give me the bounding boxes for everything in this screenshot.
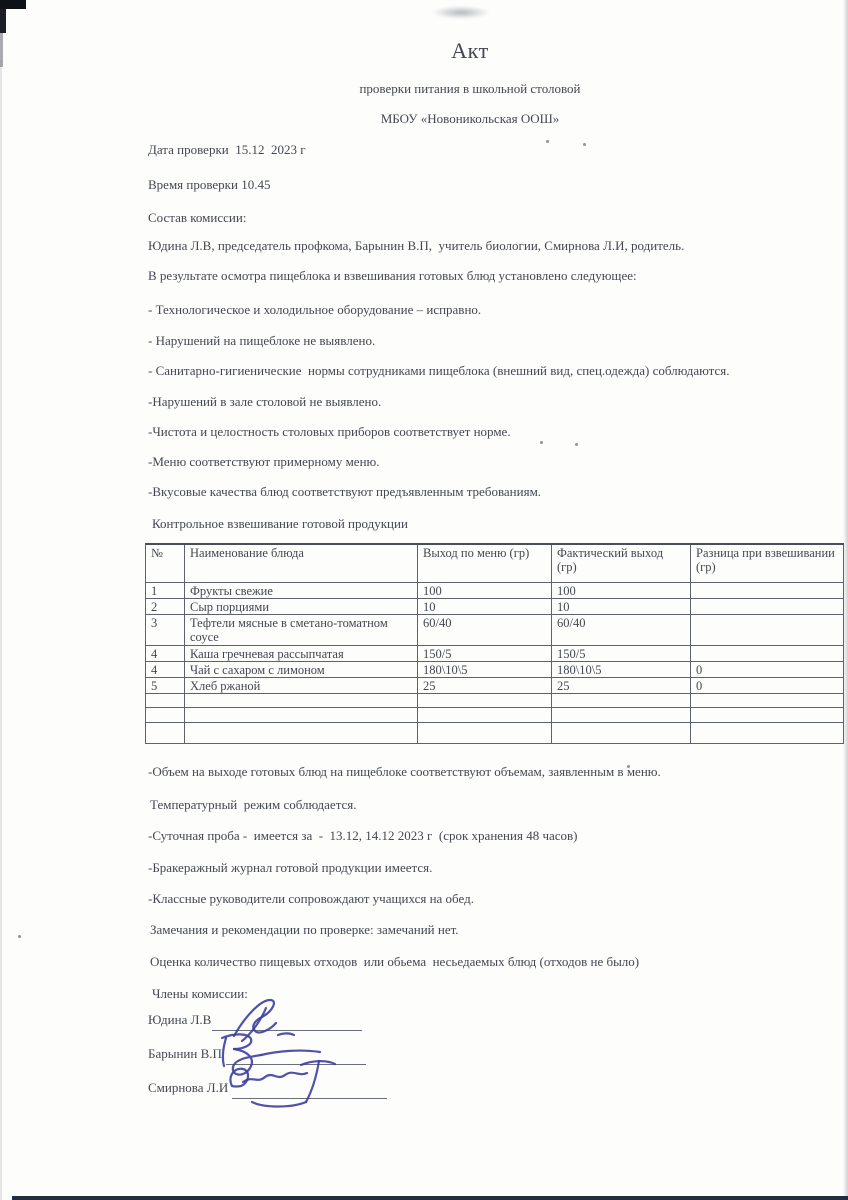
- cell-dish: Чай с сахаром с лимоном: [185, 661, 418, 677]
- document-subtitle: проверки питания в школьной столовой: [92, 81, 848, 97]
- cell-menu-output: 150/5: [418, 645, 552, 661]
- finding-line: - Технологическое и холодильное оборудов…: [148, 302, 838, 318]
- cell-actual-output: 25: [552, 677, 691, 693]
- signature-smirnova: [222, 1058, 352, 1108]
- inspection-date-line: Дата проверки 15.12 2023 г: [148, 142, 808, 158]
- cell-menu-output: 60/40: [418, 614, 552, 645]
- cell-actual-output: 60/40: [552, 614, 691, 645]
- bottom-scan-strip: [12, 1196, 848, 1200]
- inspection-time-line: Время проверки 10.45: [148, 177, 808, 193]
- commission-label: Состав комиссии:: [148, 210, 808, 226]
- cell-difference: [691, 693, 844, 707]
- cell-number: 3: [146, 614, 185, 645]
- table-caption: Контрольное взвешивание готовой продукци…: [152, 516, 752, 532]
- table-row-empty: [146, 693, 844, 707]
- table-row: 2 Сыр порциями 10 10: [146, 598, 844, 614]
- cell-dish: [185, 693, 418, 707]
- cell-actual-output: [552, 722, 691, 743]
- table-row-empty: [146, 722, 844, 743]
- table-header-row: № Наименование блюда Выход по меню (гр) …: [146, 544, 844, 582]
- cell-menu-output: 100: [418, 582, 552, 598]
- scan-artifact-corner: [0, 9, 6, 33]
- cell-actual-output: 10: [552, 598, 691, 614]
- document-organization: МБОУ «Новоникольская ООШ»: [92, 111, 848, 127]
- conclusion-line: -Суточная проба - имеется за - 13.12, 14…: [148, 828, 838, 844]
- table-row-empty: [146, 707, 844, 722]
- finding-line: -Нарушений в зале столовой не выявлено.: [148, 394, 838, 410]
- cell-number: 2: [146, 598, 185, 614]
- cell-difference: [691, 722, 844, 743]
- cell-difference: [691, 598, 844, 614]
- cell-number: 4: [146, 661, 185, 677]
- cell-menu-output: 10: [418, 598, 552, 614]
- scanned-document-page: Акт проверки питания в школьной столовой…: [0, 0, 848, 1200]
- conclusion-line: -Бракеражный журнал готовой продукции им…: [148, 860, 838, 876]
- conclusion-line: -Классные руководители сопровождают учащ…: [148, 891, 838, 907]
- signer-name-yudina: Юдина Л.В: [148, 1012, 211, 1028]
- cell-dish: Фрукты свежие: [185, 582, 418, 598]
- cell-menu-output: 180\10\5: [418, 661, 552, 677]
- cell-menu-output: [418, 693, 552, 707]
- cell-number: 5: [146, 677, 185, 693]
- table-row: 4 Чай с сахаром с лимоном 180\10\5 180\1…: [146, 661, 844, 677]
- cell-actual-output: 180\10\5: [552, 661, 691, 677]
- cell-number: [146, 707, 185, 722]
- cell-menu-output: [418, 707, 552, 722]
- table-row: 3 Тефтели мясные в сметано-томатном соус…: [146, 614, 844, 645]
- scan-speck: [575, 443, 578, 446]
- col-header-number: №: [146, 544, 185, 582]
- finding-line: -Вкусовые качества блюд соответствуют пр…: [148, 484, 838, 500]
- table-row: 4 Каша гречневая рассыпчатая 150/5 150/5: [146, 645, 844, 661]
- cell-difference: [691, 707, 844, 722]
- cell-actual-output: 100: [552, 582, 691, 598]
- cell-difference: [691, 614, 844, 645]
- scan-speck: [540, 441, 543, 444]
- document-title: Акт: [92, 38, 848, 64]
- finding-line: - Нарушений на пищеблоке не выявлено.: [148, 333, 838, 349]
- cell-difference: [691, 582, 844, 598]
- col-header-actual-output: Фактический выход (гр): [552, 544, 691, 582]
- cell-dish: Тефтели мясные в сметано-томатном соусе: [185, 614, 418, 645]
- scan-smudge: [432, 6, 490, 19]
- cell-difference: [691, 645, 844, 661]
- weighing-table: № Наименование блюда Выход по меню (гр) …: [145, 543, 844, 744]
- conclusion-line: Оценка количество пищевых отходов или об…: [150, 954, 840, 970]
- scan-speck: [18, 935, 21, 938]
- cell-menu-output: 25: [418, 677, 552, 693]
- cell-menu-output: [418, 722, 552, 743]
- inspection-result-intro: В результате осмотра пищеблока и взвешив…: [148, 268, 828, 284]
- conclusion-line: Температурный режим соблюдается.: [150, 797, 840, 813]
- finding-line: - Санитарно-гигиенические нормы сотрудни…: [148, 363, 848, 379]
- cell-difference: 0: [691, 677, 844, 693]
- table-row: 5 Хлеб ржаной 25 25 0: [146, 677, 844, 693]
- cell-dish: Сыр порциями: [185, 598, 418, 614]
- cell-number: 4: [146, 645, 185, 661]
- cell-dish: [185, 707, 418, 722]
- cell-number: [146, 693, 185, 707]
- finding-line: -Чистота и целостность столовых приборов…: [148, 424, 838, 440]
- cell-number: 1: [146, 582, 185, 598]
- cell-actual-output: [552, 693, 691, 707]
- col-header-menu-output: Выход по меню (гр): [418, 544, 552, 582]
- signer-name-smirnova: Смирнова Л.И: [148, 1080, 228, 1096]
- finding-line: -Меню соответствуют примерному меню.: [148, 454, 838, 470]
- page-edge-shadow: [0, 60, 2, 1200]
- conclusion-line: -Объем на выходе готовых блюд на пищебло…: [148, 764, 838, 780]
- scan-artifact-corner: [0, 0, 26, 9]
- commission-members-line: Юдина Л.В, председатель профкома, Барыни…: [148, 238, 828, 254]
- cell-actual-output: 150/5: [552, 645, 691, 661]
- col-header-dish: Наименование блюда: [185, 544, 418, 582]
- signer-name-barynin: Барынин В.П: [148, 1046, 222, 1062]
- col-header-difference: Разница при взвешивании (гр): [691, 544, 844, 582]
- cell-dish: Хлеб ржаной: [185, 677, 418, 693]
- table-row: 1 Фрукты свежие 100 100: [146, 582, 844, 598]
- cell-difference: 0: [691, 661, 844, 677]
- cell-actual-output: [552, 707, 691, 722]
- conclusion-line: Замечания и рекомендации по проверке: за…: [150, 922, 840, 938]
- cell-dish: Каша гречневая рассыпчатая: [185, 645, 418, 661]
- cell-number: [146, 722, 185, 743]
- cell-dish: [185, 722, 418, 743]
